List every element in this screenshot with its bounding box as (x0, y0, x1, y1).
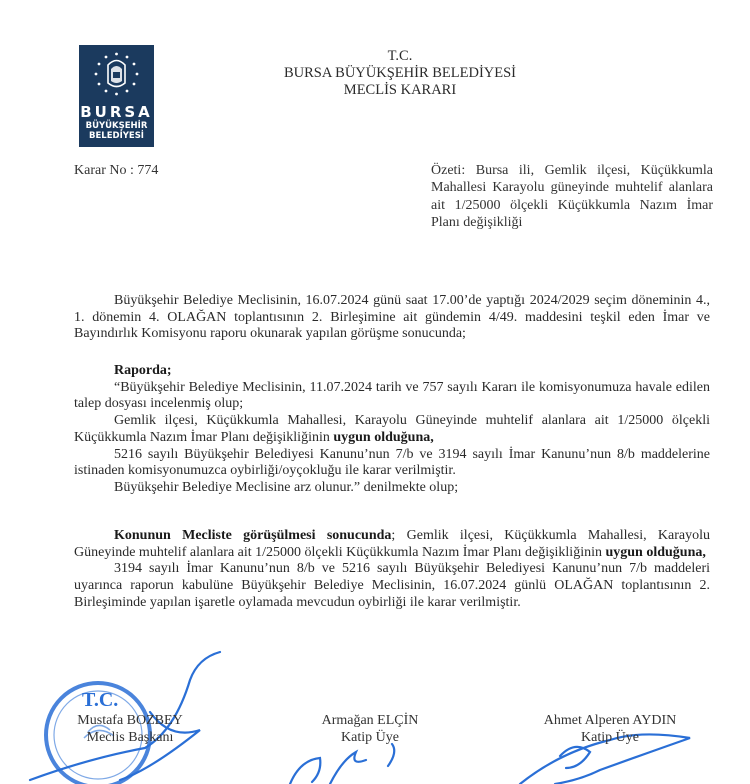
signer-name: Mustafa BOZBEY (50, 712, 210, 729)
signer-title: Katip Üye (510, 729, 710, 746)
svg-text:T.C.: T.C. (82, 689, 118, 711)
header-municipality: BURSA BÜYÜKŞEHİR BELEDİYESİ (250, 65, 550, 82)
header-title: MECLİS KARARI (250, 82, 550, 99)
signer-title: Meclis Başkanı (50, 729, 210, 746)
logo-line3: BELEDİYESİ (79, 131, 154, 141)
document-header: T.C. BURSA BÜYÜKŞEHİR BELEDİYESİ MECLİS … (250, 48, 550, 99)
signer-name: Armağan ELÇİN (290, 712, 450, 729)
report-section: Raporda; “Büyükşehir Belediye Meclisinin… (74, 363, 710, 497)
header-tc: T.C. (250, 48, 550, 65)
report-paragraph-4: Büyükşehir Belediye Meclisine arz olunur… (74, 480, 710, 497)
council-bold2: uygun olduğuna, (605, 545, 705, 560)
council-bold: Konunun Mecliste görüşülmesi sonucunda (114, 528, 391, 543)
signer-title: Katip Üye (290, 729, 450, 746)
intro-paragraph: Büyükşehir Belediye Meclisinin, 16.07.20… (74, 293, 710, 343)
council-paragraph: Konunun Mecliste görüşülmesi sonucunda; … (74, 528, 710, 561)
signer-name: Ahmet Alperen AYDIN (510, 712, 710, 729)
report-p2-bold: uygun olduğuna, (333, 430, 433, 445)
logo-line2: BÜYÜKŞEHİR (79, 121, 154, 131)
report-paragraph-1: “Büyükşehir Belediye Meclisinin, 11.07.2… (74, 380, 710, 413)
council-section: Konunun Mecliste görüşülmesi sonucunda; … (74, 528, 710, 612)
decision-summary: Özeti: Bursa ili, Gemlik ilçesi, Küçükku… (431, 162, 713, 232)
final-paragraph: 3194 sayılı İmar Kanunu’nun 8/b ve 5216 … (74, 561, 710, 611)
logo-city: BURSA (79, 103, 154, 121)
intro-text: Büyükşehir Belediye Meclisinin, 16.07.20… (74, 293, 710, 343)
report-paragraph-3: 5216 sayılı Büyükşehir Belediyesi Kanunu… (74, 447, 710, 480)
decision-number: Karar No : 774 (74, 163, 158, 179)
bursa-logo: BURSA BÜYÜKŞEHİR BELEDİYESİ (79, 45, 154, 147)
signature-clerk1 (290, 744, 394, 784)
report-heading: Raporda; (114, 363, 172, 378)
signature-block-president: Mustafa BOZBEY Meclis Başkanı (50, 712, 210, 746)
signature-block-clerk-2: Ahmet Alperen AYDIN Katip Üye (510, 712, 710, 746)
report-paragraph-2: Gemlik ilçesi, Küçükkumla Mahallesi, Kar… (74, 413, 710, 446)
signature-block-clerk-1: Armağan ELÇİN Katip Üye (290, 712, 450, 746)
